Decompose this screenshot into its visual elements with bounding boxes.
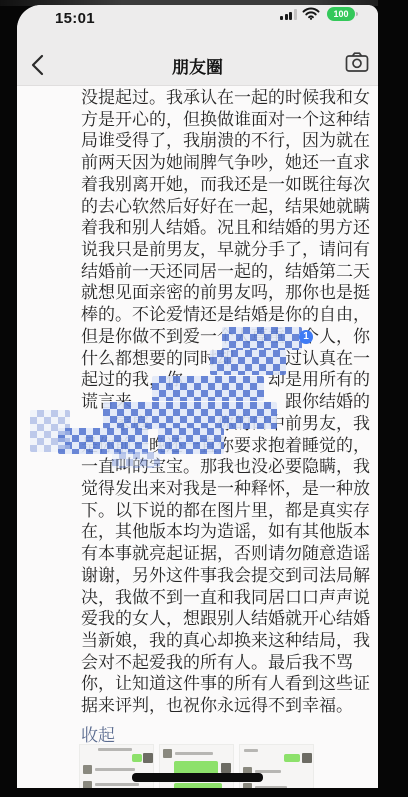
black-redaction-bar [132, 773, 263, 782]
post-text-line: 当新娘，我的真心却换来这种结局，我 [81, 630, 373, 652]
post-text-line: 的去心软然后好好在一起，结果她就瞒 [81, 196, 373, 218]
post-text-line: 前两天因为她闹脾气争吵，她还一直求 [81, 152, 373, 174]
post-text-line: 你，让知道这件事的所有人看到这些证 [81, 673, 373, 695]
header-bar: 15:01 100 朋友圈 [17, 5, 378, 86]
cellular-signal-icon [280, 9, 298, 20]
post-text-line: 结婚前一天还同居一起的，结婚第二天 [81, 261, 373, 283]
post-text-line: 在，其他版本均为造谣，如有其他版本 [81, 521, 373, 543]
post-text-line: 觉得发出来对我是一种释怀，是一种放 [81, 478, 373, 500]
thumbnail-detail [83, 781, 92, 788]
mosaic-redaction [158, 428, 224, 454]
post-text-line: 谢谢，另外这件事我会提交到司法局解 [81, 565, 373, 587]
post-text-line: 爱我的女人，想跟别人结婚就开心结婚 [81, 608, 373, 630]
mosaic-redaction [112, 452, 160, 468]
thumbnail-detail [95, 783, 139, 786]
page-title: 朋友圈 [17, 53, 378, 78]
collapse-link[interactable]: 收起 [81, 721, 115, 746]
thumbnail-detail [163, 749, 172, 758]
post-text-line: 没提起过。我承认在一起的时候我和女 [81, 87, 373, 109]
thumbnail-detail [98, 748, 132, 751]
camera-icon[interactable] [344, 50, 374, 78]
battery-nub [356, 12, 358, 16]
mosaic-redaction [58, 428, 148, 454]
photo-frame-right-edge [378, 0, 408, 797]
post-text-line: 方是开心的，但换做谁面对一个这种结 [81, 109, 373, 131]
photo-frame-bottom-edge [0, 788, 408, 797]
post-text-line: 着我别离开她，而我还是一如既往每次 [81, 174, 373, 196]
post-text-line: 就想见面亲密的前男友吗，那你也是挺 [81, 282, 373, 304]
thumbnail-detail [132, 754, 142, 762]
mention-badge: 1 [299, 330, 313, 344]
post-text-line: 有本事就亮起证据，否则请勿随意造谣 [81, 543, 373, 565]
thumbnail-detail [143, 753, 153, 763]
navigation-bar: 朋友圈 [17, 45, 378, 85]
post-text-line: 局谁受得了，我崩溃的不行，因为就在 [81, 130, 373, 152]
post-text-line: 据来评判，也祝你永远得不到幸福。 [81, 695, 373, 717]
thumbnail-detail [221, 763, 231, 773]
mosaic-redaction [30, 410, 70, 452]
mosaic-redaction [222, 327, 302, 350]
post-text-line: 决，我做不到一直和我同居口口声声说 [81, 587, 373, 609]
mosaic-redaction [103, 402, 277, 429]
thumbnail-detail [95, 768, 135, 771]
post-text-line: 棒的。不论爱情还是结婚是你的自由， [81, 304, 373, 326]
thumbnail-detail [244, 749, 258, 752]
wifi-icon [302, 7, 320, 20]
post-text-line: 说我只是前男友，早就分手了，请问有 [81, 239, 373, 261]
thumbnail-detail [284, 754, 300, 762]
post-text-line: 着我和别人结婚。况且和结婚的男方还 [81, 217, 373, 239]
thumbnail-detail [175, 752, 213, 755]
mosaic-redaction [210, 350, 286, 375]
thumbnail-detail [302, 753, 312, 763]
post-text-line: 会对不起爱我的所有人。最后我不骂 [81, 652, 373, 674]
mosaic-redaction [152, 376, 264, 401]
battery-indicator: 100 [327, 7, 355, 21]
thumbnail-detail [83, 765, 92, 774]
status-bar: 15:01 100 [17, 5, 378, 33]
phone-screen: 15:01 100 朋友圈 [17, 5, 378, 788]
post-text-line: 下。以下说的都在图片里，都是真实存 [81, 500, 373, 522]
status-time: 15:01 [55, 10, 95, 27]
